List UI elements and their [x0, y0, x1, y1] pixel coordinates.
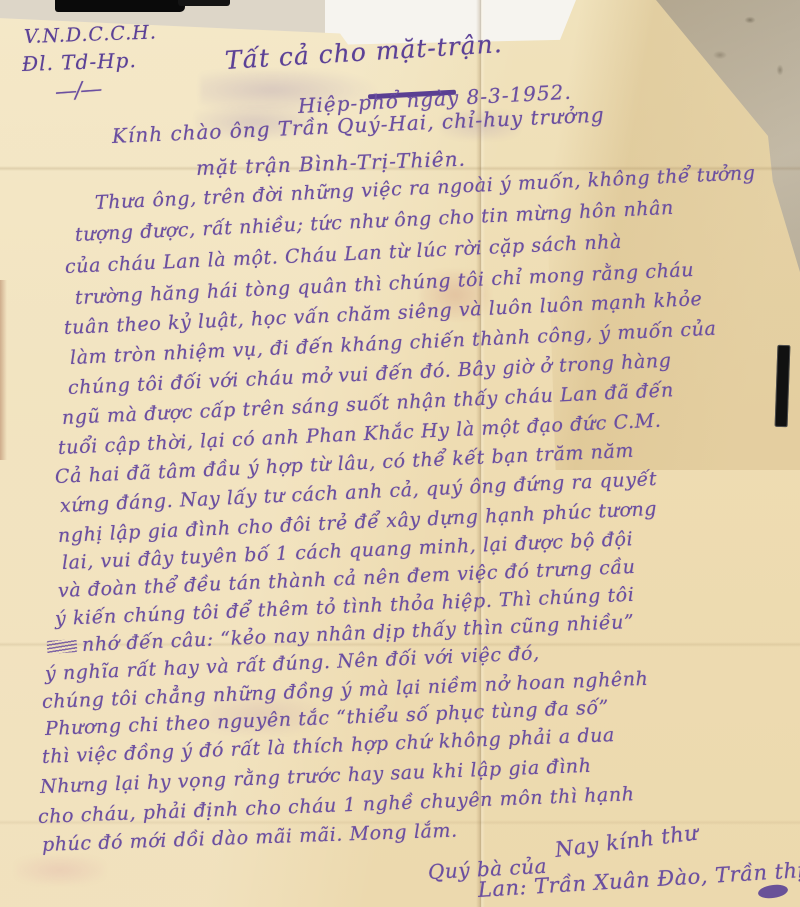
letterhead-line2: Đl. Td-Hp.	[22, 48, 138, 76]
paper-edge-shadow	[0, 280, 7, 460]
title-underlined-word: mặt	[375, 34, 428, 66]
black-bar	[55, 0, 185, 12]
letterhead-line1: V.N.D.C.C.H.	[24, 21, 158, 48]
letterhead-divider: —/—	[54, 77, 101, 105]
title-post: -trận.	[426, 29, 503, 63]
black-bar	[178, 0, 230, 6]
crossed-out-word	[47, 639, 78, 654]
